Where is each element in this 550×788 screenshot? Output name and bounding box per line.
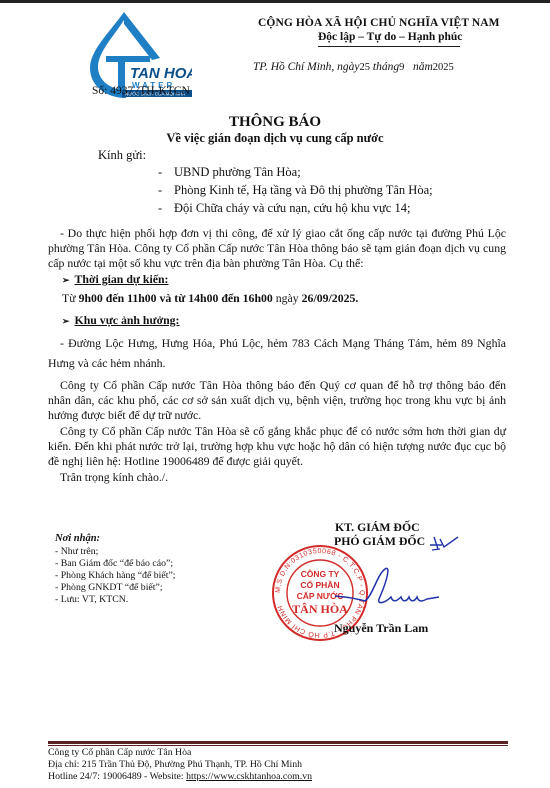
document-subtitle: Về việc gián đoạn dịch vụ cung cấp nước xyxy=(0,131,550,146)
time-heading: ➢Thời gian dự kiến: xyxy=(62,272,168,287)
document-title: THÔNG BÁO xyxy=(0,114,550,131)
date-day: 25 xyxy=(360,62,371,73)
footer-address: Địa chỉ: 215 Trần Thủ Độ, Phường Phú Thạ… xyxy=(48,759,302,770)
document-number: Số: 4937 /TH-KTCN xyxy=(92,85,190,97)
date-year: 2025 xyxy=(433,62,454,73)
logo-brand-text: TAN HOA xyxy=(130,65,192,82)
receiver-item: - Phòng GNKDT “để biết”; xyxy=(55,582,163,593)
salutation: Kính gửi: xyxy=(98,148,146,163)
footer-rule xyxy=(48,741,508,744)
signature-title-line2: PHÓ GIÁM ĐỐC xyxy=(334,534,425,549)
motto-underline xyxy=(318,46,460,47)
area-detail: - Đường Lộc Hưng, Hưng Hóa, Phú Lộc, hẻm… xyxy=(48,333,506,373)
initial-mark xyxy=(428,533,478,553)
time-part: Từ xyxy=(62,291,79,305)
recipient-text: Đội Chữa cháy và cứu nạn, cứu hộ khu vực… xyxy=(174,201,410,215)
recipient-item: -Phòng Kinh tế, Hạ tầng và Đô thị phường… xyxy=(158,183,433,198)
signer-name: Nguyễn Trần Lam xyxy=(334,621,428,636)
date-year-label: năm xyxy=(404,61,432,73)
date-prefix: TP. Hồ Chí Minh, ngày xyxy=(253,61,360,73)
receiver-item: - Lưu: VT, KTCN. xyxy=(55,594,128,605)
notice-paragraph: Công ty Cổ phần Cấp nước Tân Hòa thông b… xyxy=(48,378,506,423)
document-date: TP. Hồ Chí Minh, ngày25 tháng9 năm2025 xyxy=(253,61,454,73)
receiver-item: - Phòng Khách hàng “để biết”; xyxy=(55,570,176,581)
time-heading-text: Thời gian dự kiến: xyxy=(75,272,169,286)
time-date: 26/09/2025. xyxy=(302,291,359,305)
area-heading: ➢Khu vực ảnh hưởng: xyxy=(62,313,180,328)
date-month-label: tháng xyxy=(370,61,399,73)
time-detail: Từ 9h00 đến 11h00 và từ 14h00 đến 16h00 … xyxy=(62,291,358,306)
handwritten-signature xyxy=(335,565,455,615)
footer-contact: Hotline 24/7: 19006489 - Website: https:… xyxy=(48,771,312,782)
recipient-text: Phòng Kinh tế, Hạ tầng và Đô thị phường … xyxy=(174,183,433,197)
intro-paragraph: - Do thực hiện phối hợp đơn vị thi công,… xyxy=(48,226,506,271)
effort-paragraph: Công ty Cổ phần Cấp nước Tân Hòa sẽ cố g… xyxy=(48,424,506,469)
signature-title-line1: KT. GIÁM ĐỐC xyxy=(335,520,420,535)
arrow-bullet-icon: ➢ xyxy=(62,316,70,326)
recipient-text: UBND phường Tân Hòa; xyxy=(174,165,301,179)
footer-rule-thin xyxy=(48,745,508,746)
receivers-title: Nơi nhận: xyxy=(55,533,100,544)
time-part: ngày xyxy=(273,291,302,305)
footer-company: Công ty Cổ phần Cấp nước Tân Hòa xyxy=(48,747,191,758)
national-motto: Độc lập – Tự do – Hạnh phúc xyxy=(318,31,462,43)
stamp-line1: CÔNG TY xyxy=(301,568,340,579)
receiver-item: - Như trên; xyxy=(55,546,98,557)
receiver-item: - Ban Giám đốc “để báo cáo”; xyxy=(55,558,173,569)
footer-hotline: Hotline 24/7: 19006489 - Website: xyxy=(48,771,186,782)
website-link[interactable]: https://www.cskhtanhoa.com.vn xyxy=(186,771,312,782)
recipient-item: -Đội Chữa cháy và cứu nạn, cứu hộ khu vự… xyxy=(158,201,410,216)
recipient-item: -UBND phường Tân Hòa; xyxy=(158,165,301,180)
stamp-line2: CỔ PHẦN xyxy=(300,579,339,590)
time-range: 9h00 đến 11h00 và từ 14h00 đến 16h00 xyxy=(79,291,273,305)
viewer-top-bar xyxy=(0,0,550,3)
national-header-title: CỘNG HÒA XÃ HỘI CHỦ NGHĨA VIỆT NAM xyxy=(258,17,500,29)
closing-line: Trân trọng kính chào./. xyxy=(48,470,506,485)
area-heading-text: Khu vực ảnh hưởng: xyxy=(75,313,180,327)
arrow-bullet-icon: ➢ xyxy=(62,275,70,285)
